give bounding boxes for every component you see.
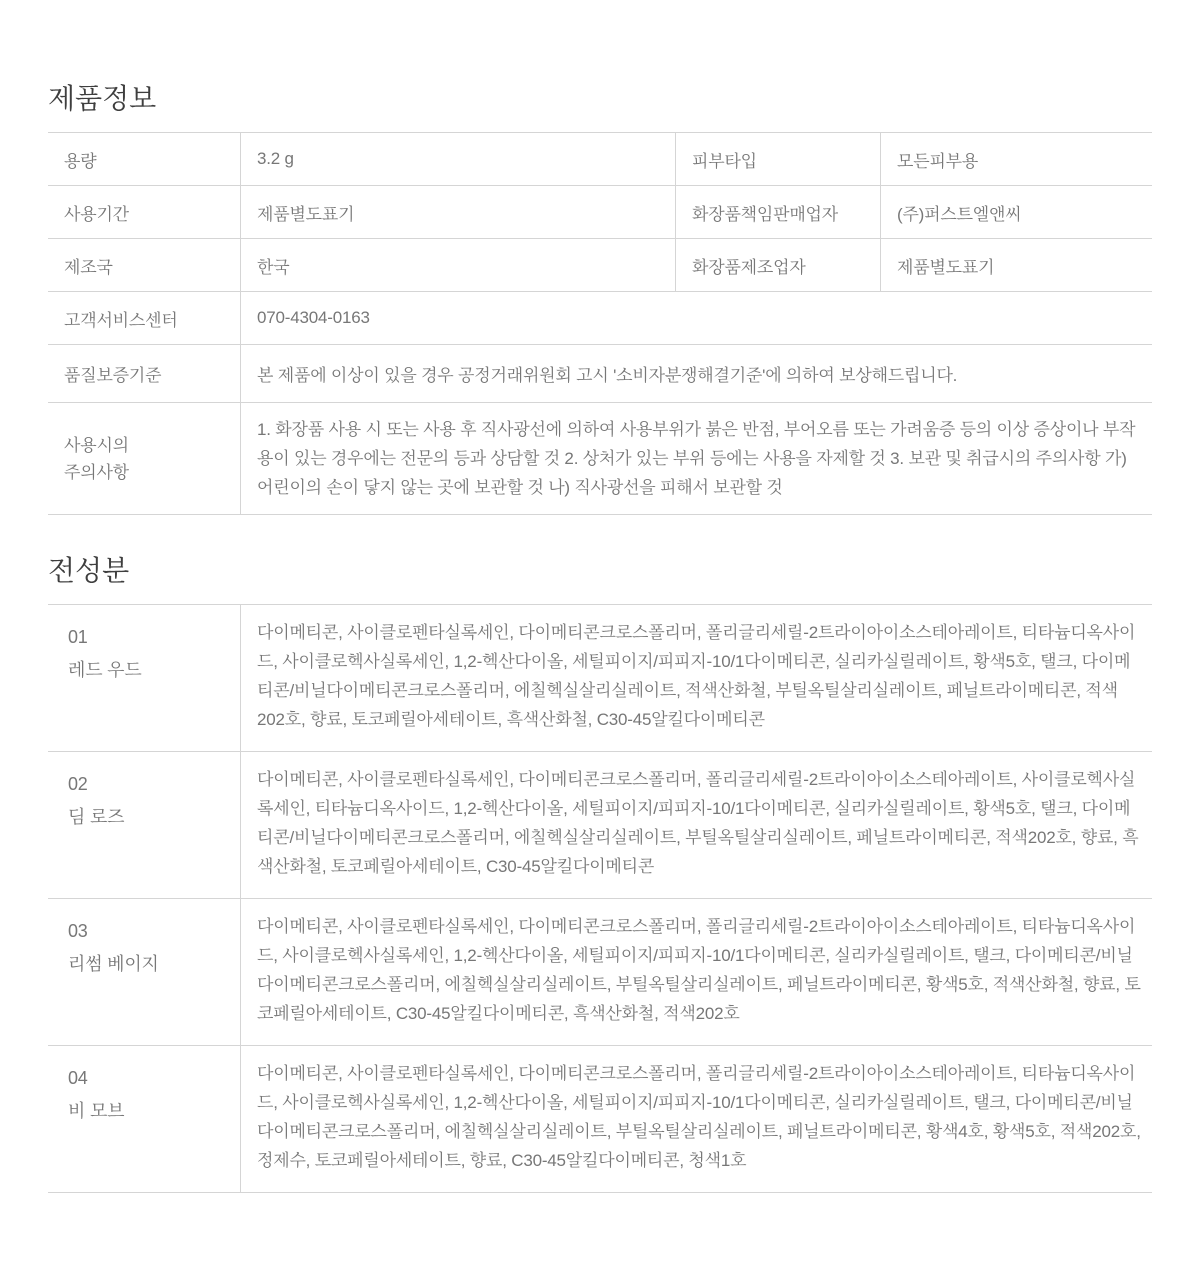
row-label-capacity: 용량 <box>48 133 240 185</box>
ingredients-title: 전성분 <box>48 557 1152 585</box>
shade-row-04: 04 비 모브 다이메티콘, 사이클로펜타실록세인, 다이메티콘크로스폴리머, … <box>48 1045 1152 1192</box>
shade-label: 01 레드 우드 <box>48 605 240 751</box>
row-value-usage-precautions: 1. 화장품 사용 시 또는 사용 후 직사광선에 의하여 사용부위가 붉은 반… <box>240 403 1152 514</box>
row-label-skin-type: 피부타입 <box>675 133 880 185</box>
shade-ingredients: 다이메티콘, 사이클로펜타실록세인, 다이메티콘크로스폴리머, 폴리글리세릴-2… <box>240 1046 1152 1192</box>
row-label-usage-precautions: 사용시의 주의사항 <box>48 403 240 514</box>
product-info-title: 제품정보 <box>48 85 1152 113</box>
row-label-manufacturer: 화장품제조업자 <box>675 239 880 291</box>
row-value-manufacturer: 제품별도표기 <box>880 239 1152 291</box>
row-value-usage-period: 제품별도표기 <box>240 186 675 238</box>
shade-number: 04 <box>68 1062 240 1095</box>
product-info-table: 용량 3.2 g 피부타입 모든피부용 사용기간 제품별도표기 화장품책임판매업… <box>48 132 1152 515</box>
shade-number: 02 <box>68 768 240 801</box>
shade-row-01: 01 레드 우드 다이메티콘, 사이클로펜타실록세인, 다이메티콘크로스폴리머,… <box>48 604 1152 751</box>
table-row-country-manufacturer: 제조국 한국 화장품제조업자 제품별도표기 <box>48 238 1152 291</box>
row-label-quality-guarantee: 품질보증기준 <box>48 345 240 402</box>
row-label-customer-service: 고객서비스센터 <box>48 292 240 344</box>
table-row-quality-guarantee: 품질보증기준 본 제품에 이상이 있을 경우 공정거래위원회 고시 '소비자분쟁… <box>48 344 1152 402</box>
row-value-capacity: 3.2 g <box>240 133 675 185</box>
table-row-period-seller: 사용기간 제품별도표기 화장품책임판매업자 (주)퍼스트엘앤씨 <box>48 185 1152 238</box>
shade-ingredients: 다이메티콘, 사이클로펜타실록세인, 다이메티콘크로스폴리머, 폴리글리세릴-2… <box>240 605 1152 751</box>
shade-ingredients: 다이메티콘, 사이클로펜타실록세인, 다이메티콘크로스폴리머, 폴리글리세릴-2… <box>240 752 1152 898</box>
shade-name: 비 모브 <box>68 1095 240 1128</box>
shade-row-03: 03 리썸 베이지 다이메티콘, 사이클로펜타실록세인, 다이메티콘크로스폴리머… <box>48 898 1152 1045</box>
row-value-quality-guarantee: 본 제품에 이상이 있을 경우 공정거래위원회 고시 '소비자분쟁해결기준'에 … <box>240 345 1152 402</box>
table-row-capacity-skintype: 용량 3.2 g 피부타입 모든피부용 <box>48 132 1152 185</box>
shade-name: 리썸 베이지 <box>68 948 240 981</box>
shade-ingredients: 다이메티콘, 사이클로펜타실록세인, 다이메티콘크로스폴리머, 폴리글리세릴-2… <box>240 899 1152 1045</box>
shade-number: 01 <box>68 621 240 654</box>
shade-label: 03 리썸 베이지 <box>48 899 240 1045</box>
table-row-usage-precautions: 사용시의 주의사항 1. 화장품 사용 시 또는 사용 후 직사광선에 의하여 … <box>48 402 1152 514</box>
row-label-country: 제조국 <box>48 239 240 291</box>
table-row-customer-service: 고객서비스센터 070-4304-0163 <box>48 291 1152 344</box>
row-value-skin-type: 모든피부용 <box>880 133 1152 185</box>
shade-label: 02 딤 로즈 <box>48 752 240 898</box>
shade-label: 04 비 모브 <box>48 1046 240 1192</box>
shade-number: 03 <box>68 915 240 948</box>
product-detail-page: 제품정보 용량 3.2 g 피부타입 모든피부용 사용기간 제품별도표기 화장품… <box>0 0 1200 1193</box>
row-label-responsible-seller: 화장품책임판매업자 <box>675 186 880 238</box>
row-value-country: 한국 <box>240 239 675 291</box>
row-label-usage-period: 사용기간 <box>48 186 240 238</box>
shade-name: 딤 로즈 <box>68 801 240 834</box>
row-value-responsible-seller: (주)퍼스트엘앤씨 <box>880 186 1152 238</box>
shade-name: 레드 우드 <box>68 654 240 687</box>
shade-row-02: 02 딤 로즈 다이메티콘, 사이클로펜타실록세인, 다이메티콘크로스폴리머, … <box>48 751 1152 898</box>
row-value-customer-service-phone: 070-4304-0163 <box>240 292 1152 344</box>
ingredients-table: 01 레드 우드 다이메티콘, 사이클로펜타실록세인, 다이메티콘크로스폴리머,… <box>48 604 1152 1193</box>
